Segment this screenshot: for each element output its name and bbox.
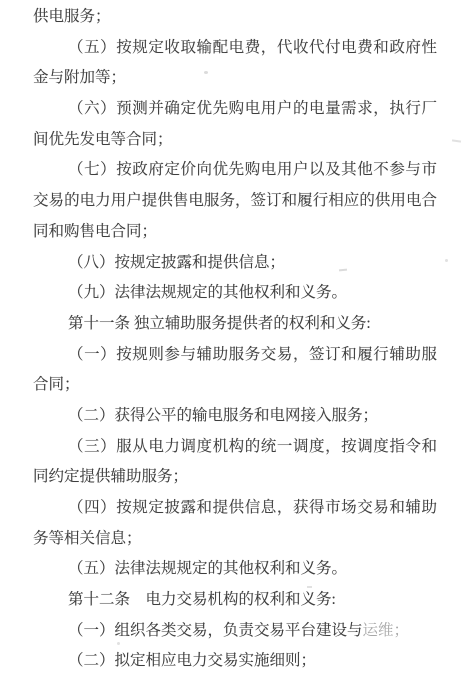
paragraph-list-item: （二）获得公平的输电服务和电网接入服务； <box>33 401 437 432</box>
text-line: 供电服务； <box>33 2 437 33</box>
text-line: 同和购售电合同； <box>33 217 437 248</box>
paragraph-list-item: （五）按规定收取输配电费，代收代付电费和政府性基金与附加等； <box>33 33 437 94</box>
line-text: （五）按规定收取输配电费，代收代付电费和政府性基 <box>68 39 437 64</box>
line-text: 金与附加等； <box>33 69 126 86</box>
paragraph-list-item: （六）预测并确定优先购电用户的电量需求，执行厂网间优先发电等合同； <box>33 94 437 155</box>
text-line: （二）获得公平的输电服务和电网接入服务； <box>33 401 437 432</box>
scan-speck <box>204 71 208 74</box>
text-line: （八）按规定披露和提供信息； <box>33 248 437 279</box>
text-line: （四）按规定披露和提供信息，获得市场交易和辅助服 <box>33 493 437 524</box>
text-line: （七）按政府定价向优先购电用户以及其他不参与市场 <box>33 155 437 186</box>
line-text: 合同； <box>33 376 80 393</box>
text-line: 同约定提供辅助服务； <box>33 462 437 493</box>
line-text: （八）按规定披露和提供信息； <box>68 254 285 271</box>
text-line: 务等相关信息； <box>33 524 437 555</box>
text-line: 第十一条 独立辅助服务提供者的权利和义务: <box>33 309 437 340</box>
text-line: 金与附加等； <box>33 63 437 94</box>
text-line: （三）服从电力调度机构的统一调度，按调度指令和合 <box>33 432 437 463</box>
paragraph-list-item: （七）按政府定价向优先购电用户以及其他不参与市场交易的电力用户提供售电服务，签订… <box>33 155 437 247</box>
paragraph-article-11-heading: 第十一条 独立辅助服务提供者的权利和义务: <box>33 309 437 340</box>
text-line: （六）预测并确定优先购电用户的电量需求，执行厂网 <box>33 94 437 125</box>
line-text: 间优先发电等合同； <box>33 131 173 148</box>
text-line: （一）组织各类交易，负责交易平台建设与运维； <box>33 616 437 647</box>
line-text: 供电服务； <box>33 8 111 25</box>
scan-speck <box>445 259 448 262</box>
scan-speck <box>117 642 120 645</box>
line-text: （五）法律法规规定的其他权利和义务。 <box>68 560 347 577</box>
line-text: （四）按规定披露和提供信息，获得市场交易和辅助服 <box>68 499 437 524</box>
line-text: （九）法律法规规定的其他权利和义务。 <box>68 284 347 301</box>
paragraph-article-12-heading: 第十二条 电力交易机构的权利和义务: <box>33 585 437 616</box>
paragraph-list-item: （一）组织各类交易，负责交易平台建设与运维； <box>33 616 437 647</box>
text-line: （二）拟定相应电力交易实施细则； <box>33 646 437 677</box>
paragraph-list-item: （九）法律法规规定的其他权利和义务。 <box>33 278 437 309</box>
line-text: 第十一条 独立辅助服务提供者的权利和义务: <box>68 315 371 332</box>
line-text: 同和购售电合同； <box>33 223 157 240</box>
paragraph-continuation: 供电服务； <box>33 2 437 33</box>
document-text: 供电服务；（五）按规定收取输配电费，代收代付电费和政府性基金与附加等；（六）预测… <box>33 2 437 677</box>
text-line: 间优先发电等合同； <box>33 125 437 156</box>
line-text: （七）按政府定价向优先购电用户以及其他不参与市场 <box>68 161 437 186</box>
faded-line-text: 运维； <box>363 622 410 639</box>
text-line: （五）按规定收取输配电费，代收代付电费和政府性基 <box>33 33 437 64</box>
text-line: （九）法律法规规定的其他权利和义务。 <box>33 278 437 309</box>
text-line: 第十二条 电力交易机构的权利和义务: <box>33 585 437 616</box>
line-text: （一）按规则参与辅助服务交易，签订和履行辅助服务 <box>68 346 437 371</box>
line-text: 同约定提供辅助服务； <box>33 468 188 485</box>
paragraph-list-item: （一）按规则参与辅助服务交易，签订和履行辅助服务合同； <box>33 340 437 401</box>
line-text: （一）组织各类交易，负责交易平台建设与 <box>68 622 363 639</box>
paragraph-list-item: （五）法律法规规定的其他权利和义务。 <box>33 554 437 585</box>
paragraph-list-item: （三）服从电力调度机构的统一调度，按调度指令和合同约定提供辅助服务； <box>33 432 437 493</box>
scan-speck <box>307 586 312 588</box>
paragraph-list-item: （八）按规定披露和提供信息； <box>33 248 437 279</box>
line-text: （三）服从电力调度机构的统一调度，按调度指令和合 <box>68 438 437 463</box>
paragraph-list-item: （四）按规定披露和提供信息，获得市场交易和辅助服务等相关信息； <box>33 493 437 554</box>
scan-speck <box>452 139 461 142</box>
line-text: 第十二条 电力交易机构的权利和义务: <box>68 591 336 608</box>
line-text: 务等相关信息； <box>33 530 142 547</box>
line-text: （六）预测并确定优先购电用户的电量需求，执行厂网 <box>68 100 437 125</box>
text-line: （一）按规则参与辅助服务交易，签订和履行辅助服务 <box>33 340 437 371</box>
text-line: （五）法律法规规定的其他权利和义务。 <box>33 554 437 585</box>
paragraph-list-item: （二）拟定相应电力交易实施细则； <box>33 646 437 677</box>
text-line: 合同； <box>33 370 437 401</box>
line-text: 交易的电力用户提供售电服务，签订和履行相应的供用电合 <box>33 192 437 209</box>
line-text: （二）拟定相应电力交易实施细则； <box>68 652 316 669</box>
document-page: 供电服务；（五）按规定收取输配电费，代收代付电费和政府性基金与附加等；（六）预测… <box>0 0 467 697</box>
text-line: 交易的电力用户提供售电服务，签订和履行相应的供用电合 <box>33 186 437 217</box>
line-text: （二）获得公平的输电服务和电网接入服务； <box>68 407 378 424</box>
